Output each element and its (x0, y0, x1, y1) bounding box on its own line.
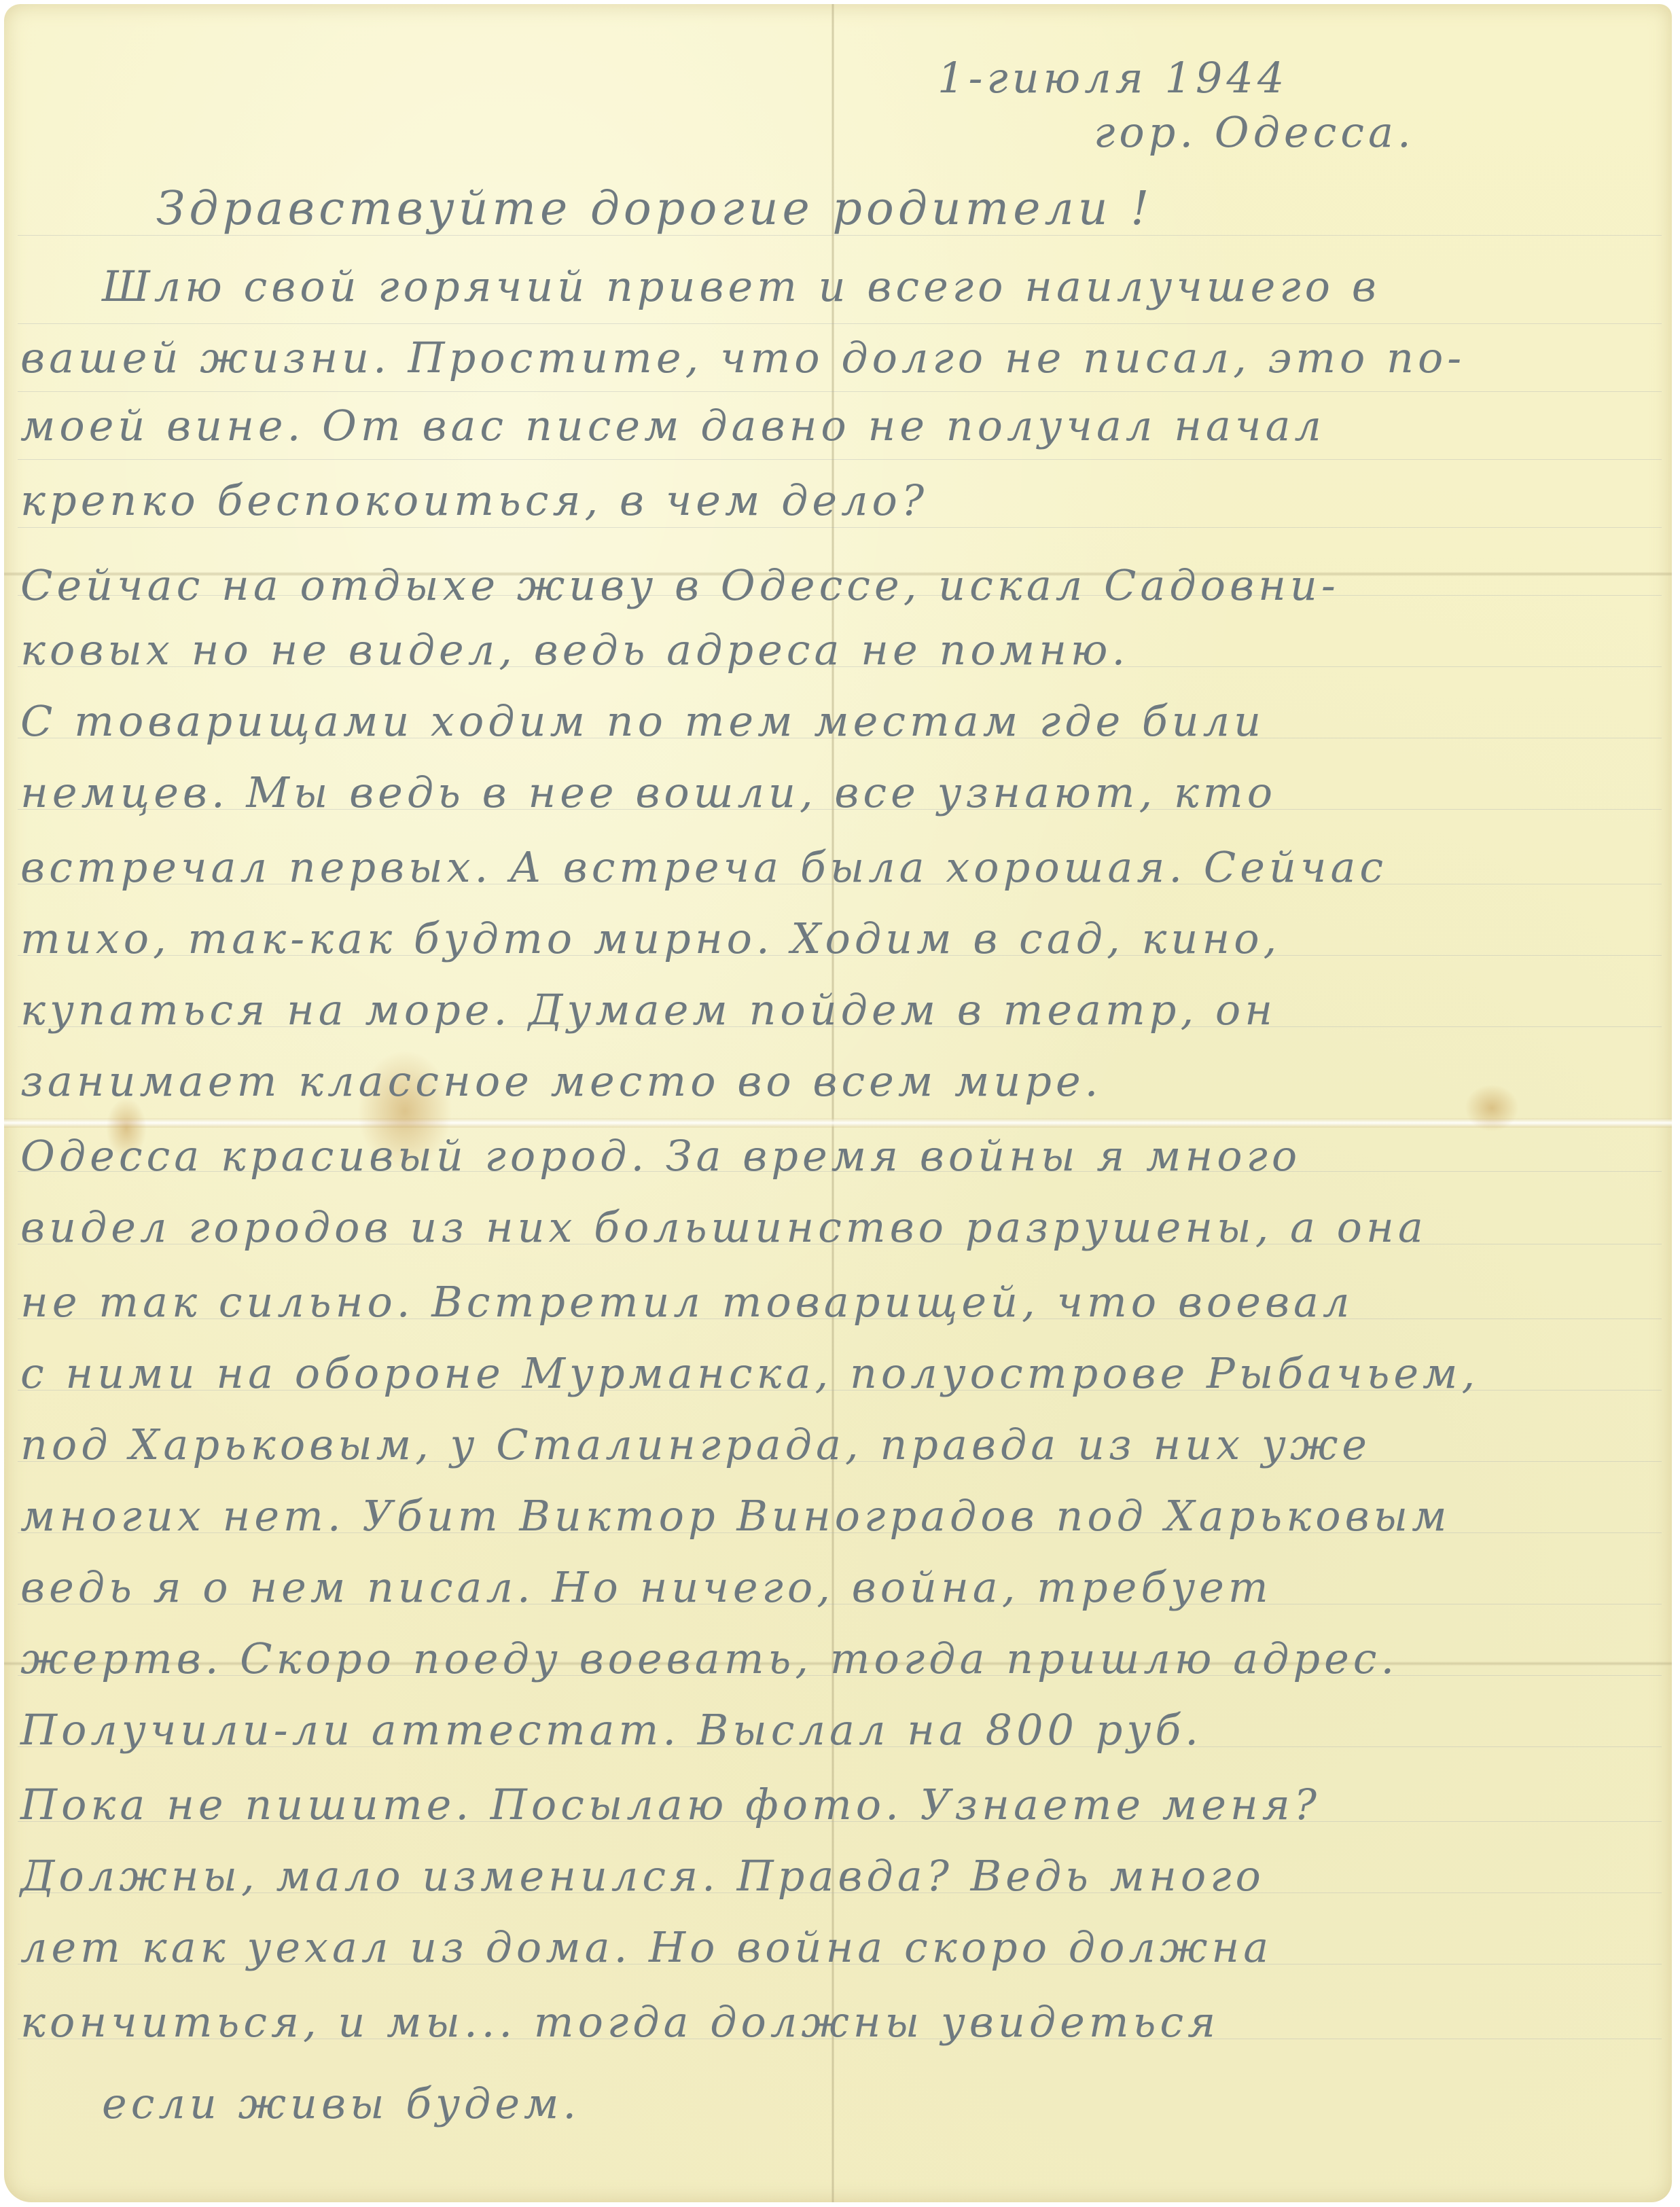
letter-line: под Харьковым, у Сталинграда, правда из … (20, 1420, 1371, 1469)
letter-line: Пока не пишите. Посылаю фото. Узнаете ме… (20, 1780, 1321, 1829)
letter-signoff: если живы будем. (102, 2079, 580, 2128)
letter-line: Шлю свой горячий привет и всего наилучше… (102, 262, 1380, 311)
letter-line: купаться на море. Думаем пойдем в театр,… (20, 985, 1276, 1035)
letter-line: крепко беспокоиться, в чем дело? (20, 476, 928, 525)
letter-line: тихо, так-как будто мирно. Ходим в сад, … (20, 914, 1281, 963)
ruled-line (18, 527, 1662, 528)
horizontal-fold-tear (4, 1118, 1672, 1128)
letter-line: видел городов из них большинство разруше… (20, 1202, 1427, 1252)
letter-line: Сейчас на отдыхе живу в Одессе, искал Са… (20, 560, 1340, 610)
letter-place: гор. Одесса. (1094, 107, 1415, 157)
water-stain (1465, 1084, 1519, 1132)
letter-date: 1-гиюля 1944 (937, 53, 1288, 103)
letter-line: многих нет. Убит Виктор Виноградов под Х… (20, 1491, 1451, 1541)
letter-line: моей вине. От вас писем давно не получал… (20, 401, 1325, 450)
letter-line: Должны, мало изменился. Правда? Ведь мно… (20, 1851, 1265, 1901)
letter-line: Одесса красивый город. За время войны я … (20, 1131, 1301, 1181)
letter-line: лет как уехал из дома. Но война скоро до… (20, 1922, 1272, 1972)
ruled-line (18, 323, 1662, 324)
letter-line: ведь я о нем писал. Но ничего, война, тр… (20, 1562, 1272, 1612)
letter-line: кончиться, и мы... тогда должны увидетьс… (20, 1997, 1219, 2047)
letter-greeting: Здравствуйте дорогие родители ! (156, 182, 1153, 236)
letter-line: не так сильно. Встретил товарищей, что в… (20, 1277, 1353, 1327)
letter-line: ковых но не видел, ведь адреса не помню. (20, 625, 1129, 675)
letter-line: С товарищами ходим по тем местам где бил… (20, 696, 1265, 746)
letter-line: встречал первых. А встреча была хорошая.… (20, 842, 1387, 892)
letter-line: жертв. Скоро поеду воевать, тогда пришлю… (20, 1634, 1398, 1683)
ruled-line (18, 391, 1662, 392)
letter-line: занимает классное место во всем мире. (20, 1056, 1102, 1106)
ruled-line (18, 459, 1662, 460)
letter-line: вашей жизни. Простите, что долго не писа… (20, 333, 1465, 382)
letter-line: с ними на обороне Мурманска, полуострове… (20, 1348, 1479, 1398)
letter-line: Получили-ли аттестат. Выслал на 800 руб. (20, 1705, 1202, 1755)
letter-line: немцев. Мы ведь в нее вошли, все узнают,… (20, 768, 1276, 817)
